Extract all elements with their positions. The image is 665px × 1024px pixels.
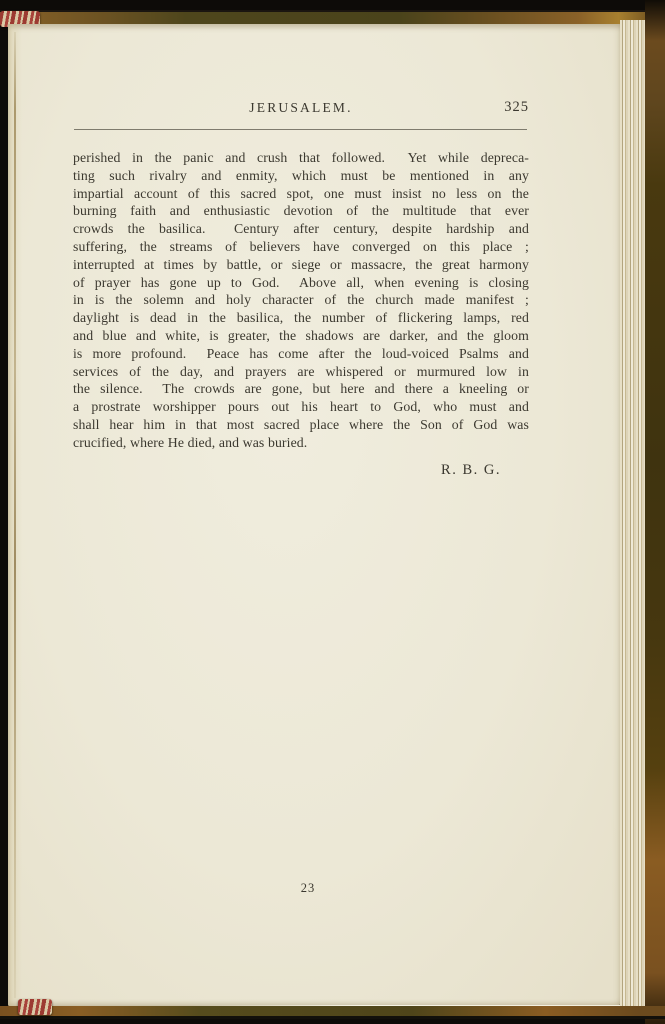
header-rule: [74, 129, 527, 130]
book-cover-top-edge: [0, 10, 665, 25]
running-head-title: JERUSALEM.: [73, 100, 529, 116]
text-line: shall hear him in that most sacred place…: [73, 416, 529, 434]
book-page: JERUSALEM. 325 perished in the panic and…: [8, 24, 622, 1006]
text-line: a prostrate worshipper pours out his hea…: [73, 398, 529, 416]
headband-bottom: [18, 999, 52, 1015]
text-line: interrupted at times by battle, or siege…: [73, 256, 529, 274]
author-initials: R. B. G.: [73, 462, 501, 479]
text-line: in is the solemn and holy character of t…: [73, 291, 529, 309]
text-line: impartial account of this sacred spot, o…: [73, 185, 529, 203]
text-line: suffering, the streams of believers have…: [73, 238, 529, 256]
text-line: of prayer has gone up to God. Above all,…: [73, 274, 529, 292]
text-line: the silence. The crowds are gone, but he…: [73, 380, 529, 398]
gutter-crease: [14, 32, 16, 998]
signature-mark: 23: [73, 881, 543, 896]
text-line: crowds the basilica. Century after centu…: [73, 220, 529, 238]
fore-edge-page-stack: [620, 20, 645, 1012]
text-line: ting such rivalry and enmity, which must…: [73, 167, 529, 185]
text-line: burning faith and enthusiastic devotion …: [73, 202, 529, 220]
page-number: 325: [504, 99, 529, 116]
book-cover-right: [645, 0, 665, 1024]
text-line: services of the day, and prayers are whi…: [73, 363, 529, 381]
text-line: daylight is dead in the basilica, the nu…: [73, 309, 529, 327]
book-photograph: JERUSALEM. 325 perished in the panic and…: [0, 0, 665, 1024]
text-line: is more profound. Peace has come after t…: [73, 345, 529, 363]
text-line: crucified, where He died, and was buried…: [73, 434, 529, 452]
body-text: perished in the panic and crush that fol…: [73, 149, 529, 452]
text-line: and blue and white, is greater, the shad…: [73, 327, 529, 345]
book-cover-bottom-edge: [0, 1006, 665, 1019]
text-line: perished in the panic and crush that fol…: [73, 149, 529, 167]
running-head: JERUSALEM. 325: [73, 100, 529, 120]
